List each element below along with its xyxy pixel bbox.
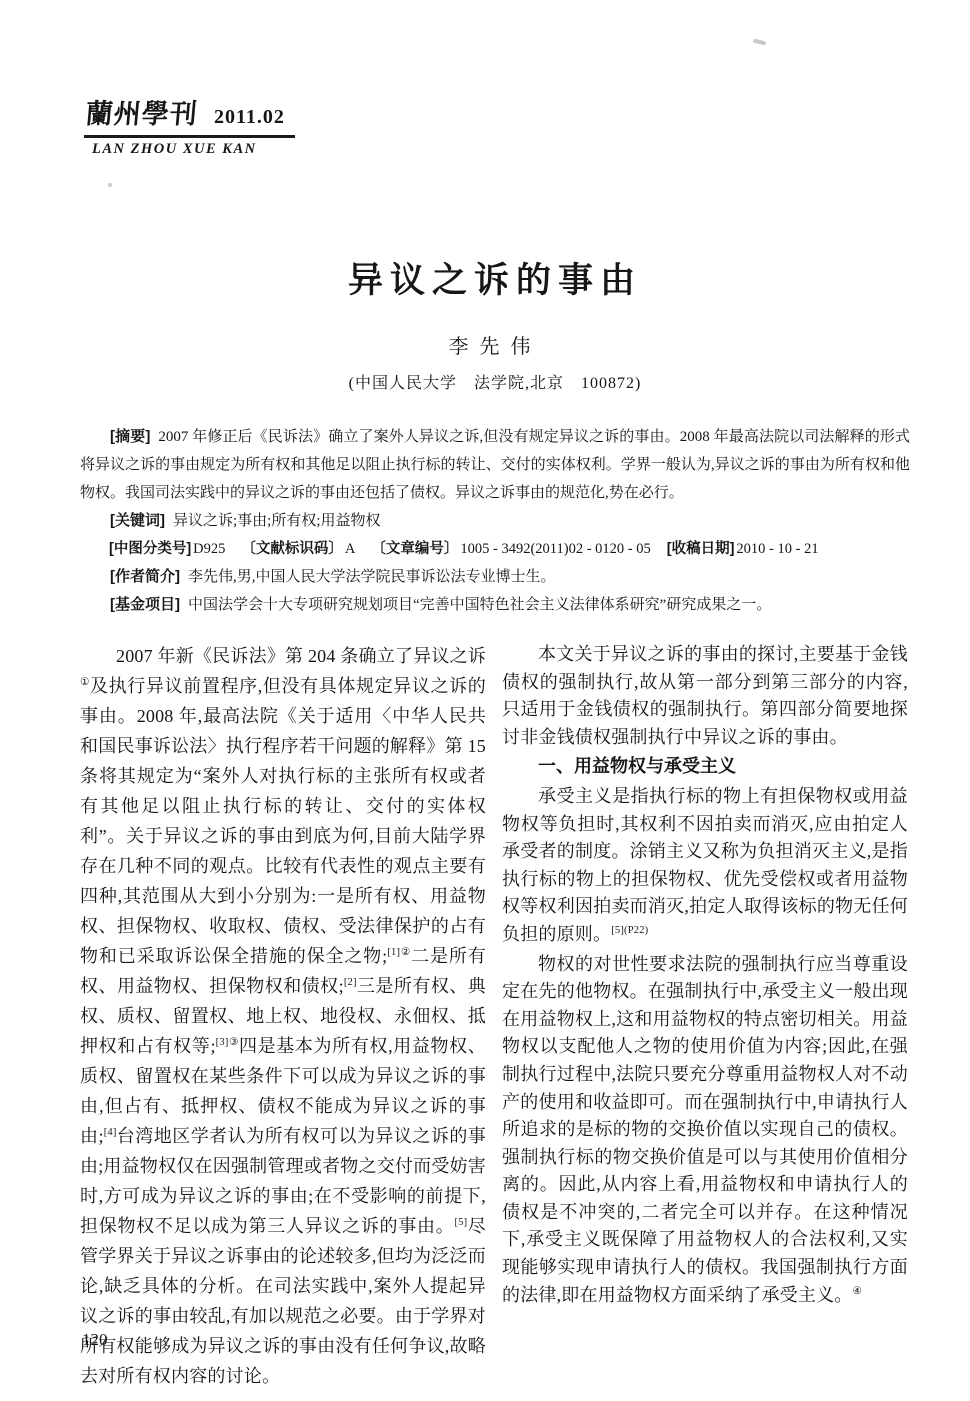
body-columns: 2007 年新《民诉法》第 204 条确立了异议之诉①及执行异议前置程序,但没有… xyxy=(80,641,910,1393)
article-id-label: 〔文章编号〕 xyxy=(371,541,458,557)
clc-value: D925 xyxy=(193,541,225,557)
author-bio-line: [作者简介]李先伟,男,中国人民大学法学院民事诉讼法专业博士生。 xyxy=(80,563,910,591)
abstract-line: [摘要]2007 年修正后《民诉法》确立了案外人异议之诉,但没有规定异议之诉的事… xyxy=(80,423,910,507)
author-affiliation: (中国人民大学 法学院,北京 100872) xyxy=(80,370,910,393)
doc-code-label: 〔文献标识码〕 xyxy=(241,541,343,557)
clc-label: [中图分类号] xyxy=(109,541,191,557)
abstract-text: 2007 年修正后《民诉法》确立了案外人异议之诉,但没有规定异议之诉的事由。20… xyxy=(80,429,910,501)
section-heading: 一、用益物权与承受主义 xyxy=(502,753,908,781)
article-id-value: 1005 - 3492(2011)02 - 0120 - 05 xyxy=(460,541,650,557)
left-column: 2007 年新《民诉法》第 204 条确立了异议之诉①及执行异议前置程序,但没有… xyxy=(80,641,486,1393)
citation-superscript: [3]③ xyxy=(216,1037,239,1048)
citation-superscript: ① xyxy=(80,677,90,688)
keywords-label: [关键词] xyxy=(110,512,165,529)
fund-project-text: 中国法学会十大专项研究规划项目“完善中国特色社会主义法律体系研究”研究成果之一。 xyxy=(188,597,771,613)
article-content: 异议之诉的事由 李先伟 (中国人民大学 法学院,北京 100872) [摘要]2… xyxy=(80,0,910,1393)
citation-superscript: [4] xyxy=(104,1127,117,1138)
citation-superscript: [5] xyxy=(454,1217,467,1228)
keywords-line: [关键词]异议之诉;事由;所有权;用益物权 xyxy=(80,507,910,535)
page-number: 120 xyxy=(82,1330,108,1350)
abstract-label: [摘要] xyxy=(110,428,150,445)
citation-superscript: ④ xyxy=(853,1286,863,1297)
front-matter: [摘要]2007 年修正后《民诉法》确立了案外人异议之诉,但没有规定异议之诉的事… xyxy=(80,423,910,619)
article-title: 异议之诉的事由 xyxy=(80,253,910,303)
author-bio-text: 李先伟,男,中国人民大学法学院民事诉讼法专业博士生。 xyxy=(188,569,556,585)
author-name: 李先伟 xyxy=(80,330,910,359)
scanned-paper-page: 蘭州學刊 2011.02 LAN ZHOU XUE KAN 异议之诉的事由 李先… xyxy=(0,0,970,1401)
right-column: 本文关于异议之诉的事由的探讨,主要基于金钱债权的强制执行,故从第一部分到第三部分… xyxy=(502,641,908,1393)
keywords-text: 异议之诉;事由;所有权;用益物权 xyxy=(173,513,381,529)
body-paragraph: 承受主义是指执行标的物上有担保物权或用益物权等负担时,其权利不因拍卖而消灭,应由… xyxy=(502,783,908,949)
citation-superscript: [1]② xyxy=(387,947,411,958)
fund-project-line: [基金项目]中国法学会十大专项研究规划项目“完善中国特色社会主义法律体系研究”研… xyxy=(80,591,910,619)
citation-superscript: [5](P22) xyxy=(611,925,648,936)
author-bio-label: [作者简介] xyxy=(110,568,180,585)
body-paragraph: 本文关于异议之诉的事由的探讨,主要基于金钱债权的强制执行,故从第一部分到第三部分… xyxy=(502,641,908,751)
fund-project-label: [基金项目] xyxy=(110,596,180,613)
citation-superscript: [2] xyxy=(344,977,357,988)
classification-line: [中图分类号]D925〔文献标识码〕A〔文章编号〕1005 - 3492(201… xyxy=(80,535,910,563)
received-date-value: 2010 - 10 - 21 xyxy=(736,541,818,557)
doc-code-value: A xyxy=(345,541,355,557)
body-paragraph: 物权的对世性要求法院的强制执行应当尊重设定在先的他物权。在强制执行中,承受主义一… xyxy=(502,951,908,1310)
body-paragraph: 2007 年新《民诉法》第 204 条确立了异议之诉①及执行异议前置程序,但没有… xyxy=(80,641,486,1391)
received-date-label: [收稿日期] xyxy=(667,541,735,557)
